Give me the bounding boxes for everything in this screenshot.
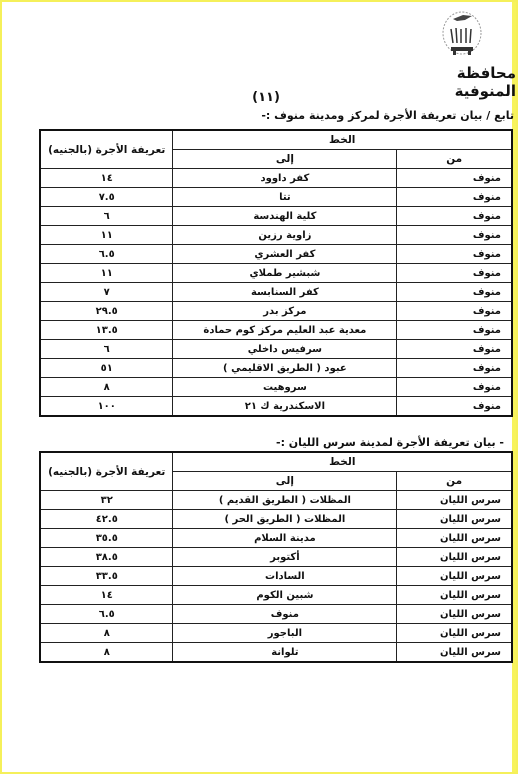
cell-to: سروهيت [173,378,397,397]
table-row: سرس الليانمدينة السلام٣٥.٥ [40,529,512,548]
table-row: منوفشبشير طملاي١١ [40,264,512,283]
cell-fare: ٣٣.٥ [40,567,173,586]
cell-from: سرس الليان [397,643,512,663]
cell-from: منوف [397,359,512,378]
cell-from: سرس الليان [397,624,512,643]
column-header-route: الخط [173,452,512,472]
organization-name: محافظة المنوفية [404,64,516,100]
table-row: منوفكلية الهندسة٦ [40,207,512,226]
cell-to: كفر داوود [173,169,397,188]
governorate-emblem-icon [439,9,485,61]
cell-to: المظلات ( الطريق القديم ) [173,491,397,510]
cell-fare: ٣٢ [40,491,173,510]
cell-to: عبود ( الطريق الاقليمي ) [173,359,397,378]
fare-table-sers-ellayan: الخط تعريفة الأجرة (بالجنيه) من إلى سرس … [39,451,513,663]
table-row: منوفمركز بدر٢٩.٥ [40,302,512,321]
cell-from: سرس الليان [397,567,512,586]
cell-from: منوف [397,264,512,283]
cell-from: منوف [397,226,512,245]
cell-to: معدية عبد العليم مركز كوم حمادة [173,321,397,340]
cell-from: منوف [397,245,512,264]
cell-from: سرس الليان [397,510,512,529]
cell-fare: ٦ [40,340,173,359]
cell-to: مركز بدر [173,302,397,321]
cell-from: منوف [397,321,512,340]
cell-to: المظلات ( الطريق الحر ) [173,510,397,529]
cell-to: تتا [173,188,397,207]
cell-fare: ٦.٥ [40,245,173,264]
cell-from: منوف [397,207,512,226]
table-row: منوفالاسكندرية ك ٢١١٠٠ [40,397,512,417]
cell-fare: ٨ [40,643,173,663]
column-header-from: من [397,150,512,169]
cell-fare: ٨ [40,624,173,643]
cell-to: كفر السنابسة [173,283,397,302]
table-row: منوفتتا٧.٥ [40,188,512,207]
cell-fare: ١٤ [40,586,173,605]
table-row: منوفكفر العشري٦.٥ [40,245,512,264]
table-row: سرس الليانأكتوبر٣٨.٥ [40,548,512,567]
cell-fare: ٢٩.٥ [40,302,173,321]
cell-to: الاسكندرية ك ٢١ [173,397,397,417]
cell-from: منوف [397,378,512,397]
table-row: سرس الليانالمظلات ( الطريق الحر )٤٢.٥ [40,510,512,529]
table-row: سرس الليانالباجور٨ [40,624,512,643]
table-row: منوفكفر داوود١٤ [40,169,512,188]
cell-to: منوف [173,605,397,624]
cell-from: منوف [397,169,512,188]
cell-to: مدينة السلام [173,529,397,548]
cell-from: سرس الليان [397,586,512,605]
cell-fare: ١١ [40,226,173,245]
cell-to: كفر العشري [173,245,397,264]
cell-to: السادات [173,567,397,586]
cell-fare: ٣٨.٥ [40,548,173,567]
table-row: سرس الليانشبين الكوم١٤ [40,586,512,605]
cell-fare: ٧.٥ [40,188,173,207]
cell-from: منوف [397,302,512,321]
cell-from: سرس الليان [397,491,512,510]
cell-to: كلية الهندسة [173,207,397,226]
cell-fare: ٤٢.٥ [40,510,173,529]
table-row: منوفسرفيس داخلي٦ [40,340,512,359]
cell-from: منوف [397,283,512,302]
table-row: منوفزاوية رزين١١ [40,226,512,245]
column-header-to: إلى [173,150,397,169]
cell-from: منوف [397,340,512,359]
page-number: (١١) [246,90,286,105]
cell-from: سرس الليان [397,529,512,548]
fare-table-menouf: الخط تعريفة الأجرة (بالجنيه) من إلى منوف… [39,129,513,417]
cell-fare: ١٠٠ [40,397,173,417]
cell-to: تلوانة [173,643,397,663]
column-header-route: الخط [173,130,512,150]
cell-fare: ٨ [40,378,173,397]
section-title-menouf: تابع / بيان تعريفة الأجرة لمركز ومدينة م… [261,109,514,122]
column-header-from: من [397,472,512,491]
cell-to: شبين الكوم [173,586,397,605]
cell-fare: ٥١ [40,359,173,378]
table-row: منوفكفر السنابسة٧ [40,283,512,302]
cell-fare: ٦ [40,207,173,226]
cell-fare: ٦.٥ [40,605,173,624]
column-header-fare: تعريفة الأجرة (بالجنيه) [40,452,173,491]
table-row: سرس الليانتلوانة٨ [40,643,512,663]
cell-fare: ١٣.٥ [40,321,173,340]
cell-to: شبشير طملاي [173,264,397,283]
cell-from: سرس الليان [397,605,512,624]
table-row: منوفسروهيت٨ [40,378,512,397]
table-row: سرس الليانالسادات٣٣.٥ [40,567,512,586]
column-header-fare: تعريفة الأجرة (بالجنيه) [40,130,173,169]
document-page: محافظة المنوفية (١١) تابع / بيان تعريفة … [0,0,518,774]
cell-from: منوف [397,188,512,207]
table-row: منوفمعدية عبد العليم مركز كوم حمادة١٣.٥ [40,321,512,340]
cell-fare: ٧ [40,283,173,302]
cell-from: سرس الليان [397,548,512,567]
column-header-to: إلى [173,472,397,491]
cell-fare: ١٤ [40,169,173,188]
cell-from: منوف [397,397,512,417]
cell-to: سرفيس داخلي [173,340,397,359]
cell-to: الباجور [173,624,397,643]
cell-to: زاوية رزين [173,226,397,245]
table-row: سرس الليانالمظلات ( الطريق القديم )٣٢ [40,491,512,510]
cell-fare: ٣٥.٥ [40,529,173,548]
table-row: منوفعبود ( الطريق الاقليمي )٥١ [40,359,512,378]
cell-to: أكتوبر [173,548,397,567]
section-title-sers-ellayan: - بيان تعريفة الأجرة لمدينة سرس الليان :… [276,436,504,449]
cell-fare: ١١ [40,264,173,283]
table-row: سرس الليانمنوف٦.٥ [40,605,512,624]
